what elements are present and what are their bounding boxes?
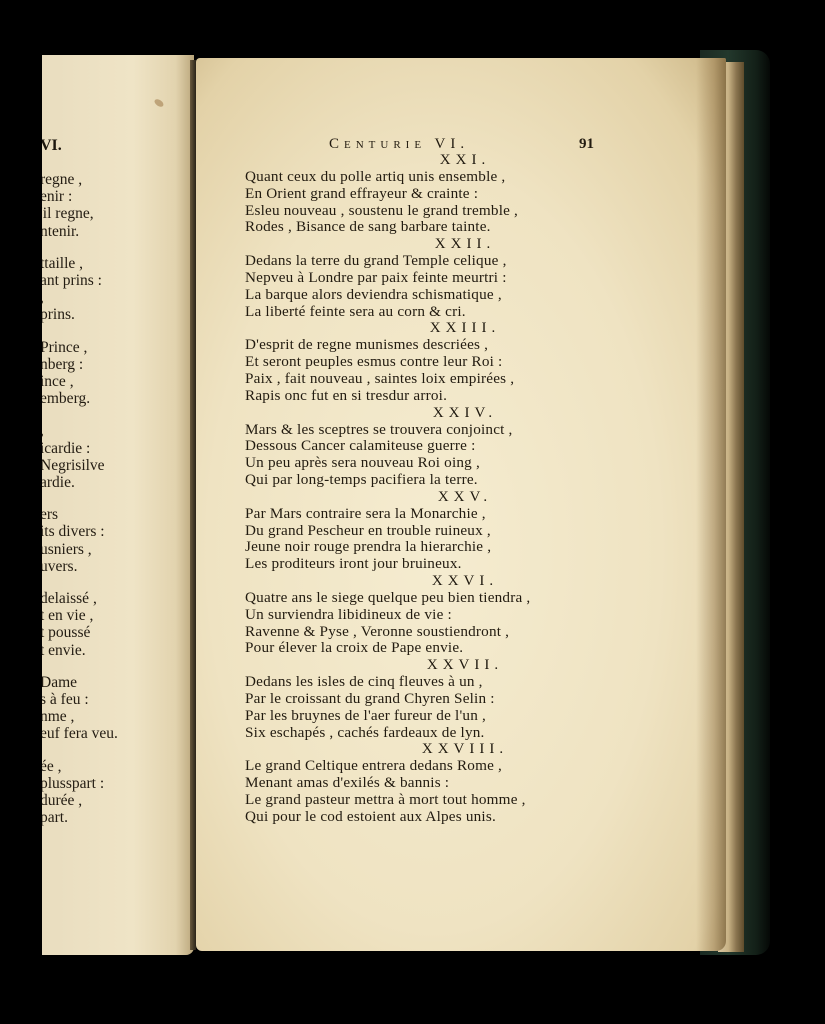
verse-line: Mars & les sceptres se trouvera conjoinc… <box>245 422 665 439</box>
verse-line: Rodes , Bisance de sang barbare tainte. <box>245 219 665 236</box>
left-page-line: 'il regne, <box>42 205 94 222</box>
verse-line: Du grand Pescheur en trouble ruineux , <box>245 523 665 540</box>
left-page-line: part. <box>42 809 68 826</box>
left-page-line: nme , <box>42 708 74 725</box>
verse-line: La barque alors deviendra schismatique , <box>245 287 665 304</box>
right-page: Centurie VI. 91 XXI.Quant ceux du polle … <box>196 58 726 951</box>
left-page-line: durée , <box>42 792 82 809</box>
quatrain: XXV.Par Mars contraire sera la Monarchie… <box>245 489 665 573</box>
quatrain-list: XXI.Quant ceux du polle artiq unis ensem… <box>245 152 665 826</box>
quatrain: XXVIII.Le grand Celtique entrera dedans … <box>245 741 665 825</box>
verse-line: Dessous Cancer calamiteuse guerre : <box>245 438 665 455</box>
left-page: VI. regne ,enir :'il regne,ntenir.ttaill… <box>42 55 194 955</box>
verse-line: Par Mars contraire sera la Monarchie , <box>245 506 665 523</box>
book-photo: VI. regne ,enir :'il regne,ntenir.ttaill… <box>0 0 825 1024</box>
left-page-line: regne , <box>42 171 82 188</box>
left-page-line: ant prins : <box>42 272 102 289</box>
left-page-line: ttaille , <box>42 255 83 272</box>
verse-line: Le grand Celtique entrera dedans Rome , <box>245 758 665 775</box>
left-page-line: Prince , <box>42 339 87 356</box>
verse-line: D'esprit de regne munismes descriées , <box>245 337 665 354</box>
verse-line: Rapis onc fut en si tresdur arroi. <box>245 388 665 405</box>
quatrain: XXIV.Mars & les sceptres se trouvera con… <box>245 405 665 489</box>
left-page-line: Negrisilve <box>42 457 105 474</box>
verse-line: Le grand pasteur mettra à mort tout homm… <box>245 792 665 809</box>
left-page-line: Dame <box>42 674 77 691</box>
verse-line: Nepveu à Londre par paix feinte meurtri … <box>245 270 665 287</box>
left-page-line: ers <box>42 506 58 523</box>
quatrain-number: XXI. <box>245 152 665 169</box>
left-page-line: s à feu : <box>42 691 89 708</box>
verse-line: Ravenne & Pyse , Veronne soustiendront , <box>245 624 665 641</box>
left-page-line: emberg. <box>42 390 90 407</box>
verse-line: Six eschapés , cachés fardeaux de lyn. <box>245 725 665 742</box>
verse-line: Esleu nouveau , soustenu le grand trembl… <box>245 203 665 220</box>
quatrain-number: XXVIII. <box>245 741 665 758</box>
verse-line: Par les bruynes de l'aer fureur de l'un … <box>245 708 665 725</box>
verse-line: Les proditeurs iront jour bruineux. <box>245 556 665 573</box>
quatrain-number: XXVI. <box>245 573 665 590</box>
verse-line: Qui pour le cod estoient aux Alpes unis. <box>245 809 665 826</box>
quatrain: XXVII.Dedans les isles de cinq fleuves à… <box>245 657 665 741</box>
quatrain: XXII.Dedans la terre du grand Temple cel… <box>245 236 665 320</box>
quatrain-number: XXII. <box>245 236 665 253</box>
verse-line: Quant ceux du polle artiq unis ensemble … <box>245 169 665 186</box>
verse-line: Par le croissant du grand Chyren Selin : <box>245 691 665 708</box>
quatrain: XXIII.D'esprit de regne munismes descrié… <box>245 320 665 404</box>
left-running-head: VI. <box>42 137 62 155</box>
verse-line: Dedans la terre du grand Temple celique … <box>245 253 665 270</box>
left-page-line: icardie : <box>42 440 90 457</box>
left-page-line: , <box>42 289 44 306</box>
verse-line: Un surviendra libidineux de vie : <box>245 607 665 624</box>
left-page-line: , <box>42 422 44 439</box>
left-page-line: enir : <box>42 188 72 205</box>
verse-line: Qui par long-temps pacifiera la terre. <box>245 472 665 489</box>
left-page-line: uvers. <box>42 558 77 575</box>
quatrain: XXI.Quant ceux du polle artiq unis ensem… <box>245 152 665 236</box>
verse-line: Un peu après sera nouveau Roi oing , <box>245 455 665 472</box>
verse-line: Quatre ans le siege quelque peu bien tie… <box>245 590 665 607</box>
verse-line: Pour élever la croix de Pape envie. <box>245 640 665 657</box>
running-head-title: Centurie VI. <box>329 136 469 153</box>
verse-line: Et seront peuples esmus contre leur Roi … <box>245 354 665 371</box>
verse-line: Dedans les isles de cinq fleuves à un , <box>245 674 665 691</box>
left-page-line: t poussé <box>42 624 90 641</box>
quatrain-number: XXIV. <box>245 405 665 422</box>
quatrain: XXVI.Quatre ans le siege quelque peu bie… <box>245 573 665 657</box>
verse-line: En Orient grand effrayeur & crainte : <box>245 186 665 203</box>
paper-stain <box>153 98 165 109</box>
left-page-line: delaissé , <box>42 590 97 607</box>
verse-line: Paix , fait nouveau , saintes loix empir… <box>245 371 665 388</box>
verse-line: La liberté feinte sera au corn & cri. <box>245 304 665 321</box>
verse-line: Menant amas d'exilés & bannis : <box>245 775 665 792</box>
left-page-line: prins. <box>42 306 75 323</box>
left-page-line: ince , <box>42 373 74 390</box>
verse-line: Jeune noir rouge prendra la hierarchie , <box>245 539 665 556</box>
quatrain-number: XXVII. <box>245 657 665 674</box>
left-page-line: ée , <box>42 758 62 775</box>
left-page-line: ntenir. <box>42 223 79 240</box>
quatrain-number: XXV. <box>245 489 665 506</box>
page-number: 91 <box>579 136 594 153</box>
left-page-line: ardie. <box>42 474 75 491</box>
left-page-line: usniers , <box>42 541 92 558</box>
left-page-line: plusspart : <box>42 775 104 792</box>
quatrain-number: XXIII. <box>245 320 665 337</box>
left-page-line: euf fera veu. <box>42 725 118 742</box>
left-page-line: nberg : <box>42 356 83 373</box>
left-page-line: its divers : <box>42 523 105 540</box>
left-page-line: t envie. <box>42 642 86 659</box>
left-page-line: t en vie , <box>42 607 93 624</box>
